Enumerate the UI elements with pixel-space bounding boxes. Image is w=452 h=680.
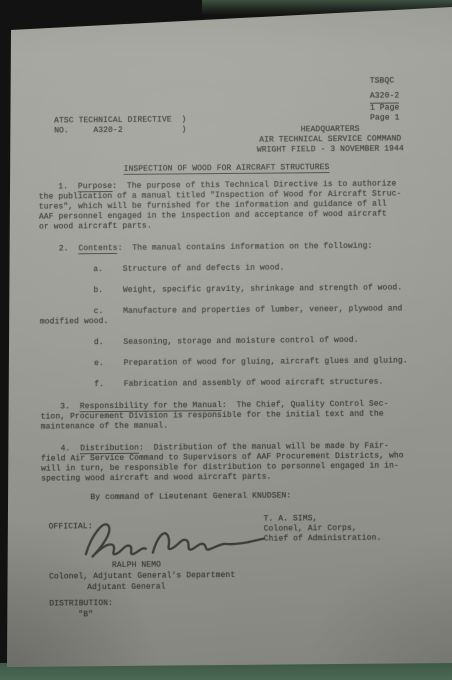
list-item-a-text: a. Structure of and defects in wood. [39,262,423,275]
by-command-text: By command of Lieutenant General KNUDSEN… [41,490,425,503]
approver-title-line2: Chief of Administration. [264,534,382,545]
approver-block: T. A. SIMS, Colonel, Air Corps, Chief of… [264,514,382,545]
signer-title-line2: Adjutant General [87,583,166,594]
by-command-line: By command of Lieutenant General KNUDSEN… [41,490,425,503]
paragraph-4-heading: Distribution [80,444,139,455]
paragraph-3-rest: : The Chief, Quality Control Sec- [222,400,389,410]
directive-heading-block: ATSC TECHNICAL DIRECTIVE ) NO. A320-2 ) [54,115,186,136]
paragraph-1-number: 1. [39,182,78,191]
distribution-value: "B" [78,610,93,620]
page-count: 1 Page [370,103,399,113]
paragraph-3-line3: maintenance of the manual. [41,419,425,432]
document-title: INSPECTION OF WOOD FOR AIRCRAFT STRUCTUR… [38,162,414,175]
signature [76,512,268,566]
paragraph-2-number: 2. [39,244,78,253]
directive-number: A320-2 [370,91,400,103]
directive-number-stamp: A320-2 [370,91,400,103]
list-item-f-text: f. Fabrication and assembly of wood airc… [40,377,424,390]
office-symbol: TSBQC [370,76,399,86]
paragraph-4-line4: specting wood aircraft and wood aircraft… [41,471,425,484]
list-item-e-text: e. Preparation of wood for gluing, aircr… [40,356,424,369]
list-item-f: f. Fabrication and assembly of wood airc… [40,377,424,390]
paragraph-2: 2. Contents: The manual contains informa… [39,241,423,254]
list-item-d-text: d. Seasoning, storage and moisture contr… [40,335,424,348]
list-item-d: d. Seasoning, storage and moisture contr… [40,335,424,348]
paragraph-2-line1: 2. Contents: The manual contains informa… [39,241,423,254]
document-content: TSBQC A320-2 1 Page Page 1 ATSC TECHNICA… [0,0,452,680]
list-item-e: e. Preparation of wood for gluing, aircr… [40,356,424,369]
headquarters-block: HEADQUARTERS AIR TECHNICAL SERVICE COMMA… [238,124,422,156]
list-item-c-continuation: modified wood. [40,314,424,327]
list-item-b-text: b. Weight, specific gravity, shrinkage a… [40,283,424,296]
paragraph-1-line5: or wood aircraft parts. [39,219,423,232]
page-number: Page 1 [370,113,399,123]
paragraph-3-number: 3. [41,402,80,411]
paragraph-3: 3. Responsibility for the Manual: The Ch… [41,399,425,432]
signer-typed-name: RALPH NEMO [112,561,161,571]
paragraph-2-rest: : The manual contains information on the… [118,242,373,253]
paragraph-2-heading: Contents [78,244,117,254]
paragraph-1-heading: Purpose [78,182,112,192]
headquarters-line3: WRIGHT FIELD - 3 NOVEMBER 1944 [238,144,422,156]
paragraph-4: 4. Distribution: Distribution of the man… [41,441,425,484]
paragraph-1: 1. Purpose: The purpose of this Technica… [39,179,423,232]
list-item-c: c. Manufacture and properties of lumber,… [40,304,424,327]
signer-title-line1: Colonel, Adjutant General's Department [49,571,235,583]
document-body: 1. Purpose: The purpose of this Technica… [39,179,426,503]
distribution-label: DISTRIBUTION: [49,599,113,610]
list-item-a: a. Structure of and defects in wood. [39,262,423,275]
document-title-text: INSPECTION OF WOOD FOR AIRCRAFT STRUCTUR… [124,163,330,175]
paragraph-4-number: 4. [41,444,80,453]
document-page: TSBQC A320-2 1 Page Page 1 ATSC TECHNICA… [0,0,452,680]
file-stamp-block: TSBQC A320-2 1 Page Page 1 [370,76,400,123]
list-item-b: b. Weight, specific gravity, shrinkage a… [40,283,424,296]
directive-heading-line2: NO. A320-2 ) [54,125,186,136]
